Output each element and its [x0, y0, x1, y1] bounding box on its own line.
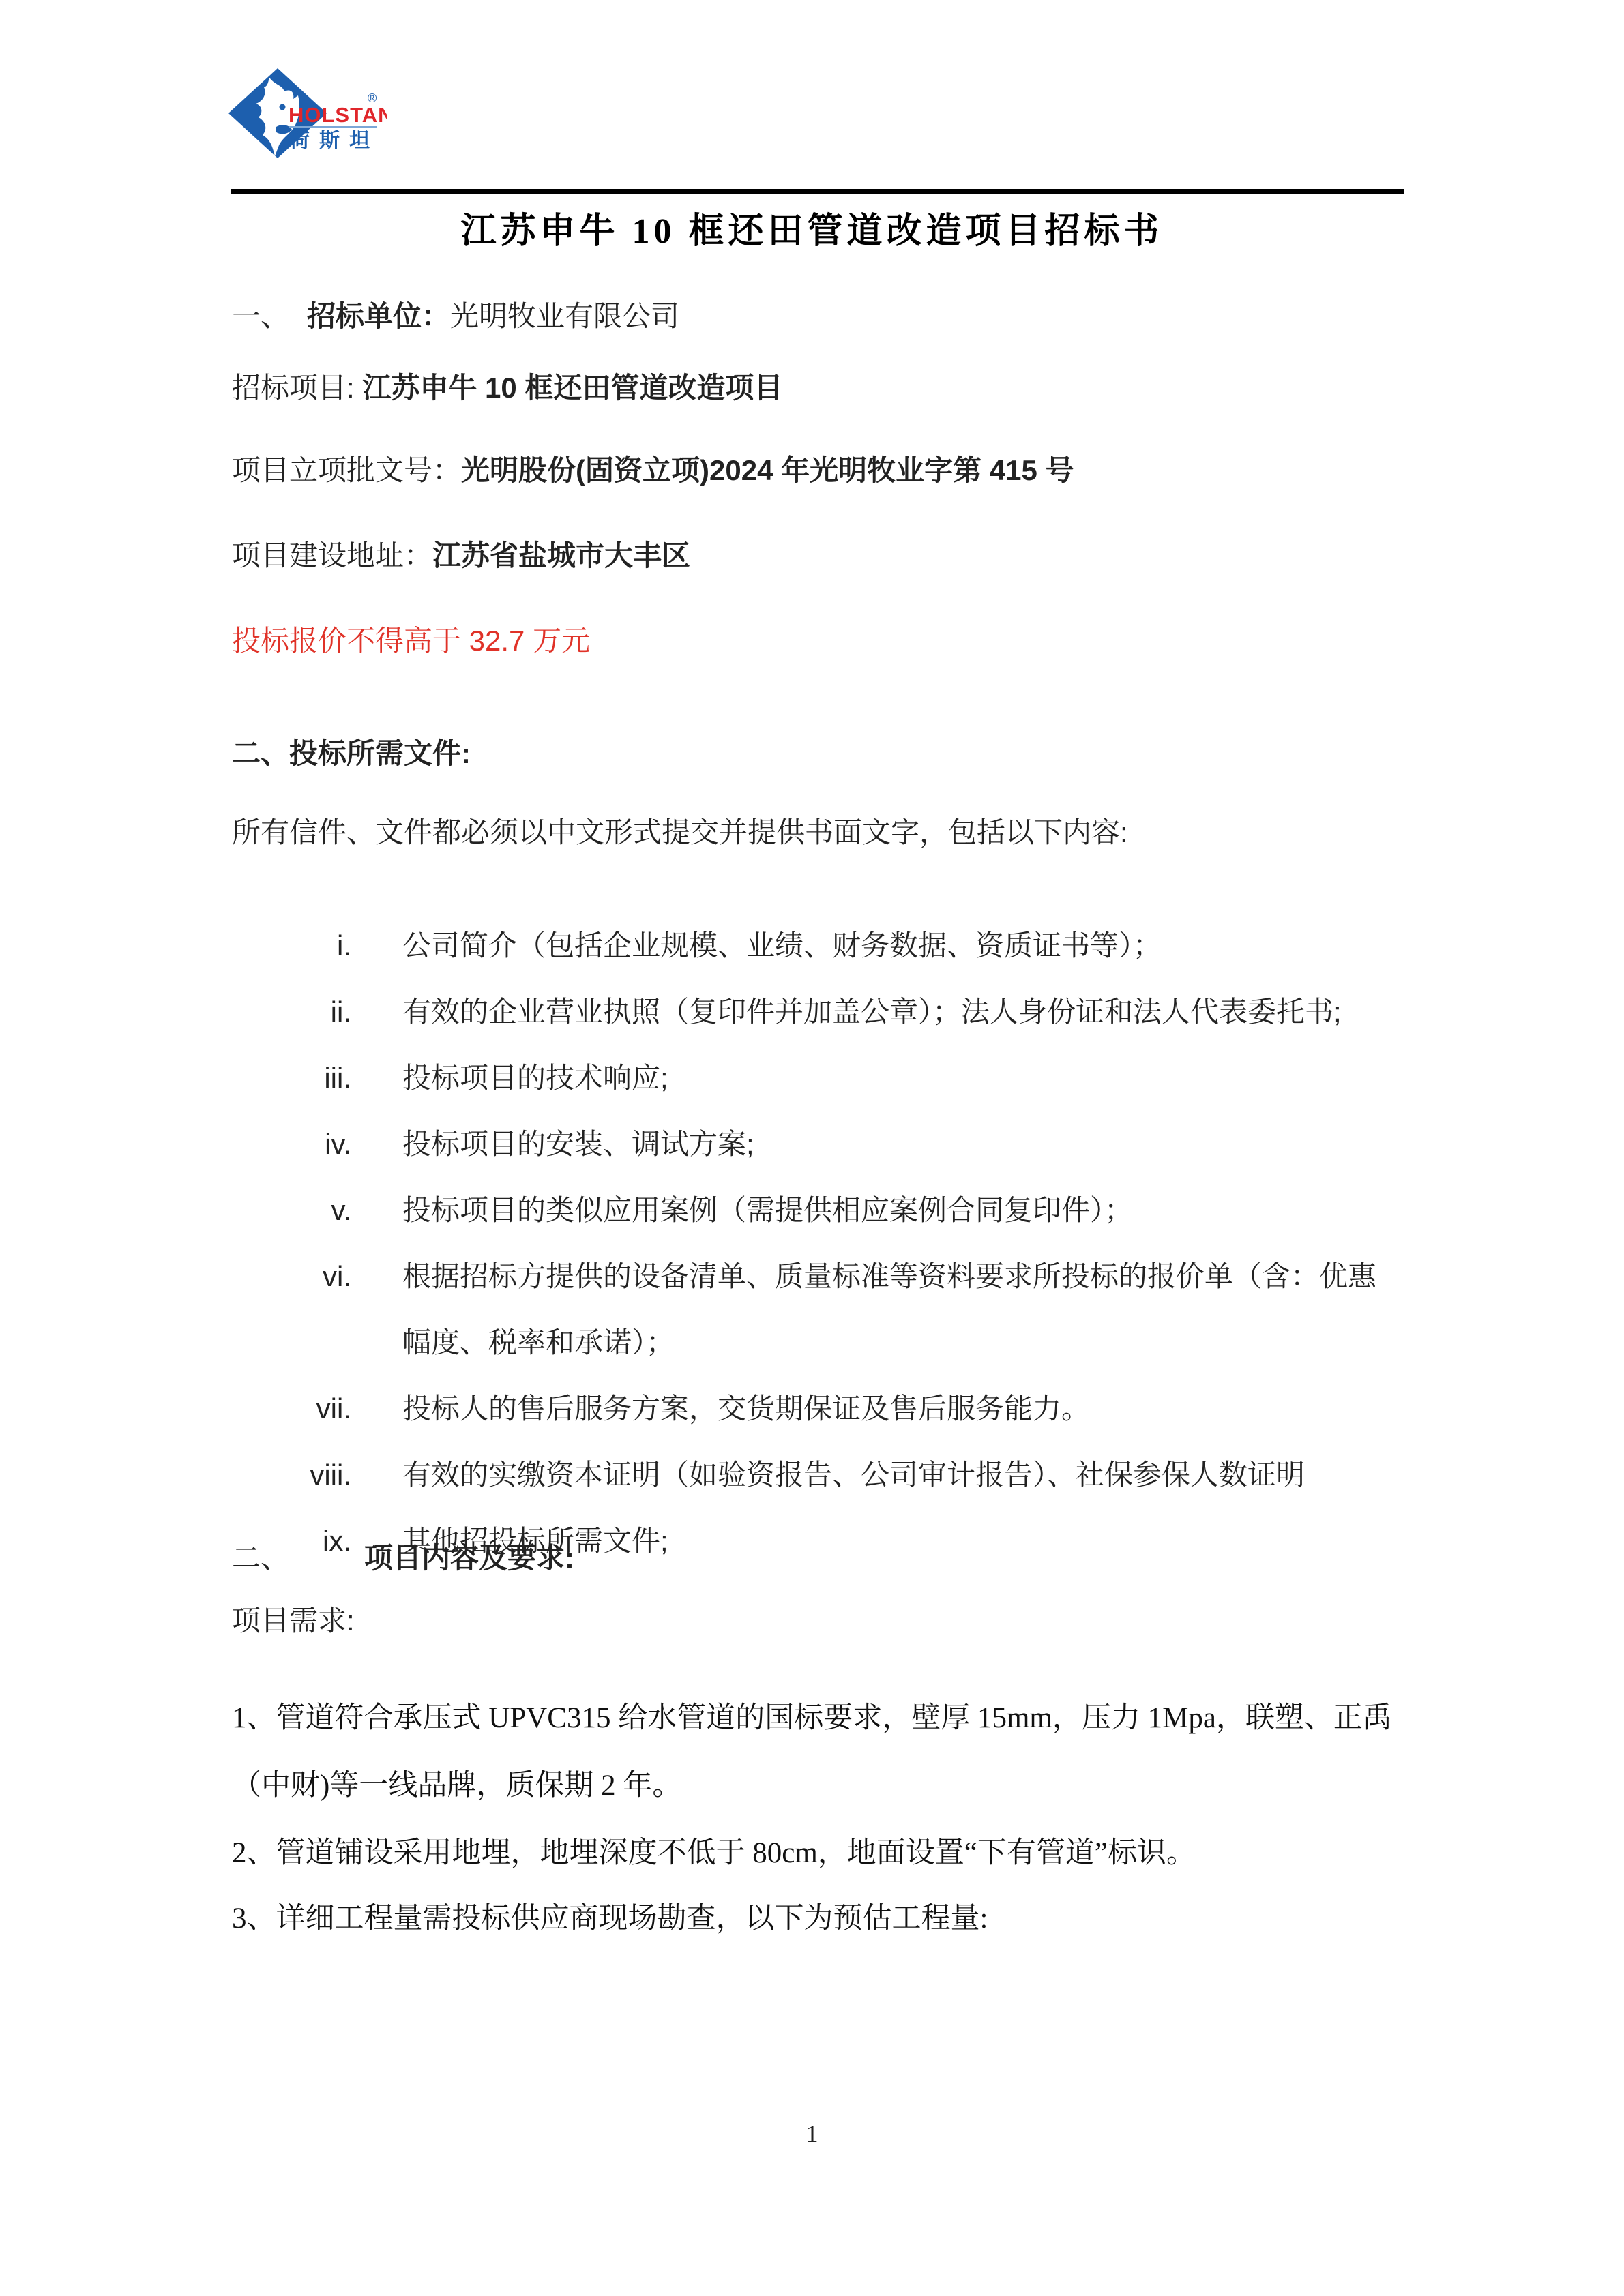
list-item: ii. 有效的企业营业执照（复印件并加盖公章）；法人身份证和法人代表委托书;	[232, 979, 1393, 1045]
list-item-text: 有效的实缴资本证明（如验资报告、公司审计报告）、社保参保人数证明	[402, 1442, 1393, 1508]
field-construction-address: 项目建设地址：江苏省盐城市大丰区	[232, 537, 1393, 575]
list-item-text: 根据招标方提供的设备清单、质量标准等资料要求所投标的报价单（含：优惠幅度、税率和…	[402, 1243, 1393, 1375]
documents-intro: 所有信件、文件都必须以中文形式提交并提供书面文字，包括以下内容:	[232, 814, 1393, 852]
list-item-number: ii.	[232, 979, 351, 1045]
requirement-paragraph-3: 3、详细工程量需投标供应商现场勘查，以下为预估工程量:	[232, 1885, 1393, 1952]
field-value: 光明牧业有限公司	[450, 300, 679, 332]
field-approval-number: 项目立项批文号：光明股份(固资立项)2024 年光明牧业字第 415 号	[232, 452, 1393, 490]
list-item-text: 投标人的售后服务方案，交货期保证及售后服务能力。	[402, 1375, 1393, 1442]
logo-brand-latin: HOLSTAN	[289, 103, 387, 127]
section-heading-documents: 二、投标所需文件:	[232, 735, 1393, 773]
list-item-text: 公司简介（包括企业规模、业绩、财务数据、资质证书等）；	[402, 912, 1393, 979]
list-item: vi. 根据招标方提供的设备清单、质量标准等资料要求所投标的报价单（含：优惠幅度…	[232, 1243, 1393, 1375]
required-documents-list: i. 公司简介（包括企业规模、业绩、财务数据、资质证书等）； ii. 有效的企业…	[232, 912, 1393, 1574]
list-item-number: viii.	[232, 1442, 351, 1508]
list-item-text: 投标项目的技术响应;	[402, 1045, 1393, 1111]
list-item-number: vi.	[232, 1243, 351, 1309]
section-heading-project: 二、项目内容及要求:	[232, 1540, 1393, 1577]
page-number: 1	[0, 2119, 1624, 2148]
list-item-number: iii.	[232, 1045, 351, 1111]
list-item: viii. 有效的实缴资本证明（如验资报告、公司审计报告）、社保参保人数证明	[232, 1442, 1393, 1508]
list-item: vii. 投标人的售后服务方案，交货期保证及售后服务能力。	[232, 1375, 1393, 1442]
field-label: 招标单位：	[307, 300, 450, 332]
list-item-text: 投标项目的安装、调试方案;	[402, 1111, 1393, 1177]
field-value: 江苏申牛 10 框还田管道改造项目	[362, 372, 782, 404]
field-tender-unit: 一、招标单位：光明牧业有限公司	[232, 298, 1393, 336]
list-item: iii. 投标项目的技术响应;	[232, 1045, 1393, 1111]
holstan-logo: HOLSTAN ® 荷斯坦	[228, 68, 387, 167]
list-item-number: i.	[232, 912, 351, 979]
header-divider	[231, 189, 1404, 194]
list-item: v. 投标项目的类似应用案例（需提供相应案例合同复印件）；	[232, 1177, 1393, 1243]
list-item-number: vii.	[232, 1375, 351, 1442]
section-prefix: 二、	[232, 1542, 289, 1574]
document-title: 江苏申牛 10 框还田管道改造项目招标书	[0, 202, 1624, 253]
field-value: 光明股份(固资立项)2024 年光明牧业字第 415 号	[461, 454, 1074, 486]
requirement-paragraph-2: 2、管道铺设采用地埋，地埋深度不低于 80cm，地面设置“下有管道”标识。	[232, 1819, 1393, 1887]
list-item: i. 公司简介（包括企业规模、业绩、财务数据、资质证书等）；	[232, 912, 1393, 979]
requirement-paragraph-1: 1、管道符合承压式 UPVC315 给水管道的国标要求，壁厚 15mm，压力 1…	[232, 1684, 1393, 1819]
field-tender-project: 招标项目: 江苏申牛 10 框还田管道改造项目	[232, 370, 1393, 407]
cow-head-icon: HOLSTAN ® 荷斯坦	[228, 68, 387, 164]
section-heading-text: 项目内容及要求:	[364, 1542, 574, 1574]
field-prefix: 一、	[232, 300, 289, 332]
registered-mark-icon: ®	[368, 91, 377, 105]
field-label: 招标项目:	[232, 372, 362, 404]
price-limit-notice: 投标报价不得高于 32.7 万元	[232, 623, 1393, 660]
tender-document-page: HOLSTAN ® 荷斯坦 江苏申牛 10 框还田管道改造项目招标书 一、招标单…	[0, 0, 1624, 2296]
field-label: 项目建设地址：	[232, 539, 432, 571]
logo-brand-chinese: 荷斯坦	[289, 130, 379, 152]
field-label: 项目立项批文号：	[232, 454, 461, 486]
list-item-text: 投标项目的类似应用案例（需提供相应案例合同复印件）；	[402, 1177, 1393, 1243]
list-item-number: v.	[232, 1177, 351, 1243]
list-item-number: iv.	[232, 1111, 351, 1177]
project-needs-label: 项目需求:	[232, 1602, 1393, 1640]
list-item: iv. 投标项目的安装、调试方案;	[232, 1111, 1393, 1177]
list-item-text: 有效的企业营业执照（复印件并加盖公章）；法人身份证和法人代表委托书;	[402, 979, 1393, 1045]
field-value: 江苏省盐城市大丰区	[432, 539, 690, 571]
